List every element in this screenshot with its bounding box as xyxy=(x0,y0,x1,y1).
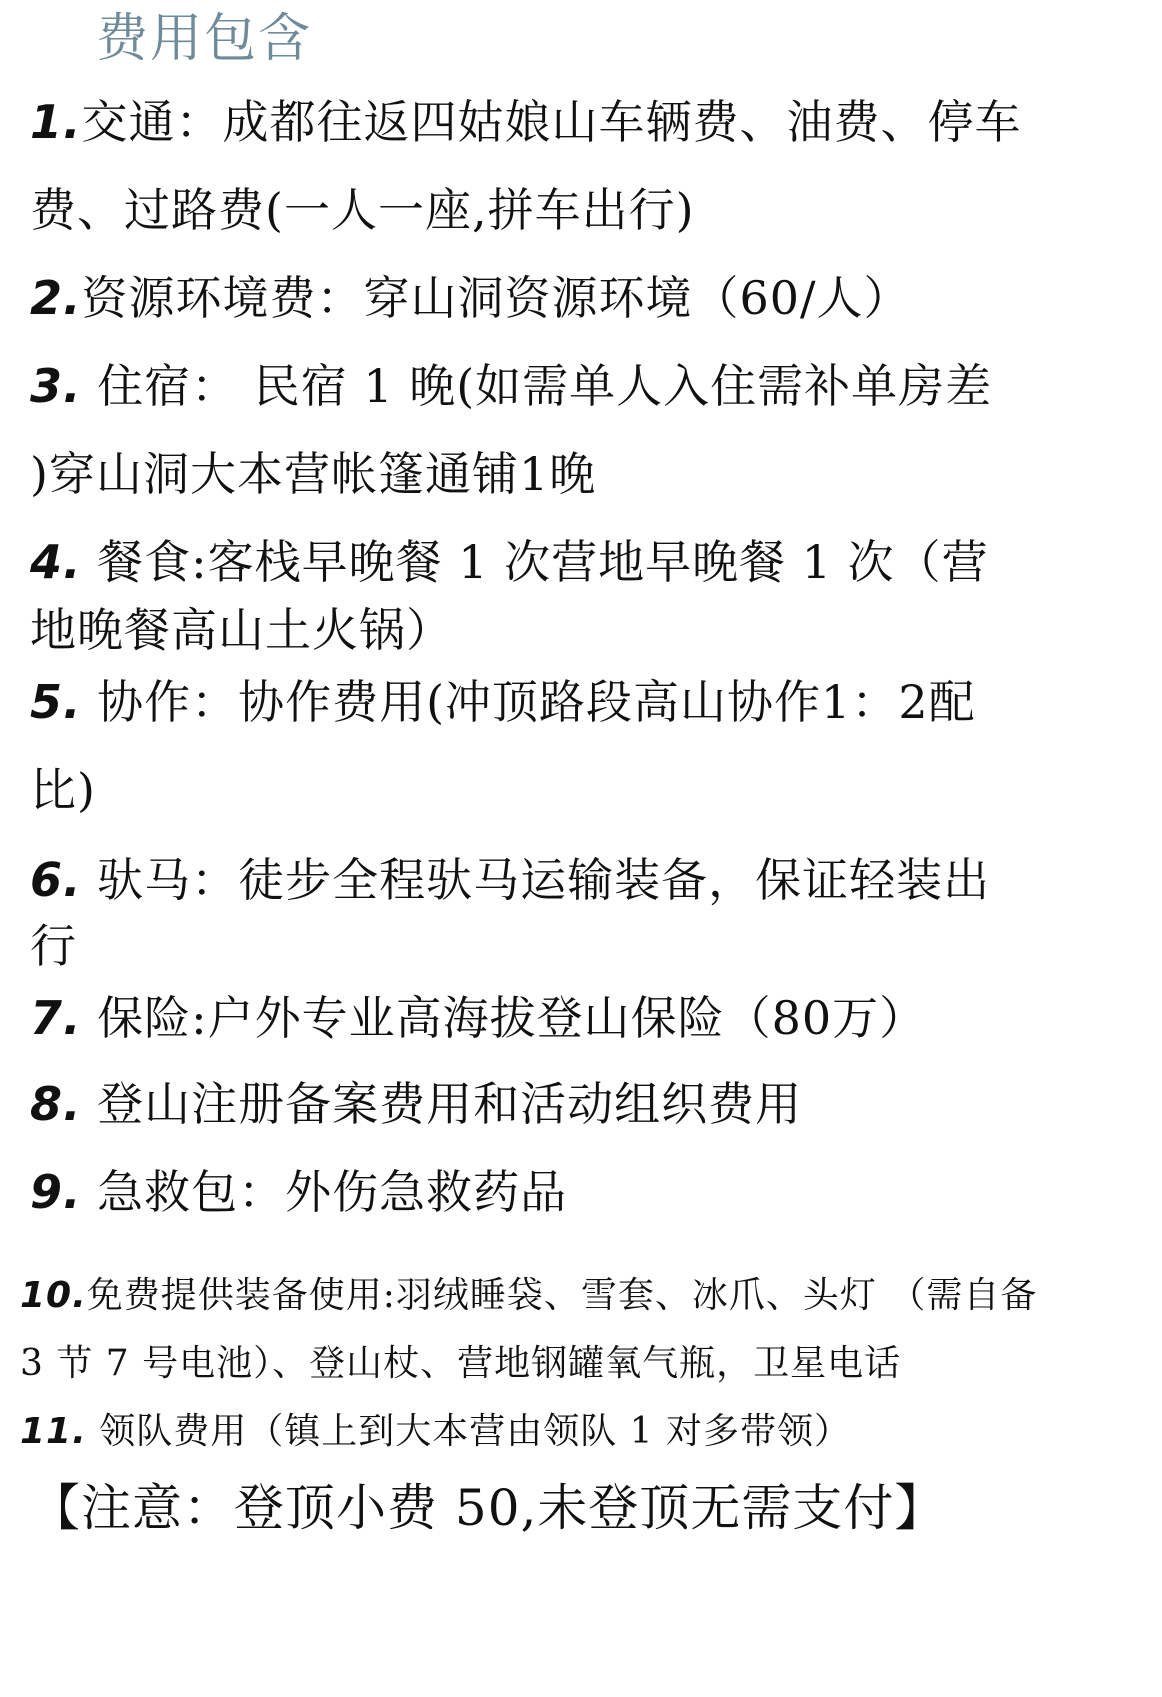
list-item-8-line-1: 8. 登山注册备案费用和活动组织费用 xyxy=(30,1074,802,1134)
list-item-5-line-1: 5. 协作：协作费用(冲顶路段高山协作1：2配 xyxy=(30,672,976,732)
list-item-1-line-2: 费、过路费(一人一座,拼车出行) xyxy=(30,180,695,240)
item-text: 协作：协作费用(冲顶路段高山协作1：2配 xyxy=(81,675,975,729)
item-text: 餐食:客栈早晚餐 1 次营地早晚餐 1 次（营 xyxy=(81,535,988,589)
item-text: 交通：成都往返四姑娘山车辆费、油费、停车 xyxy=(81,95,1021,149)
list-item-6-line-2: 行 xyxy=(30,916,77,976)
note-text: 【注意：登顶小费 50,未登顶无需支付】 xyxy=(30,1476,945,1540)
item-number: 8. xyxy=(30,1077,81,1131)
list-item-6-line-1: 6. 驮马：徒步全程驮马运输装备，保证轻装出 xyxy=(30,850,990,910)
item-number: 10. xyxy=(20,1275,87,1316)
item-text: 驮马：徒步全程驮马运输装备，保证轻装出 xyxy=(81,853,990,907)
item-text: 住宿： 民宿 1 晚(如需单人入住需补单房差 xyxy=(81,359,992,413)
item-number: 7. xyxy=(30,991,81,1045)
item-number: 9. xyxy=(30,1165,81,1219)
item-number: 1. xyxy=(30,95,81,149)
list-item-5-line-2: 比) xyxy=(30,760,96,820)
list-item-10-line-2: 3 节 7 号电池）、登山杖、营地钢罐氧气瓶，卫星电话 xyxy=(20,1340,901,1388)
item-number: 6. xyxy=(30,853,81,907)
item-text: 资源环境费：穿山洞资源环境（60/人） xyxy=(81,271,910,325)
item-number: 2. xyxy=(30,271,81,325)
list-item-9-line-1: 9. 急救包：外伤急救药品 xyxy=(30,1162,567,1222)
page-title: 费用包含 xyxy=(96,4,312,74)
item-text: 保险:户外专业高海拔登山保险（80万） xyxy=(81,991,926,1045)
list-item-1-line-1: 1.交通：成都往返四姑娘山车辆费、油费、停车 xyxy=(30,92,1021,152)
item-text: 免费提供装备使用:羽绒睡袋、雪套、冰爪、头灯 （需自备 xyxy=(87,1275,1038,1316)
list-item-4-line-2: 地晚餐高山土火锅） xyxy=(30,600,453,660)
item-text: 急救包：外伤急救药品 xyxy=(81,1165,567,1219)
item-number: 11. xyxy=(20,1411,87,1452)
list-item-7-line-1: 7. 保险:户外专业高海拔登山保险（80万） xyxy=(30,988,926,1048)
item-number: 5. xyxy=(30,675,81,729)
item-text: 领队费用（镇上到大本营由领队 1 对多带领） xyxy=(87,1411,851,1452)
list-item-2-line-1: 2.资源环境费：穿山洞资源环境（60/人） xyxy=(30,268,911,328)
list-item-3-line-2: )穿山洞大本营帐篷通铺1晚 xyxy=(30,444,596,504)
list-item-11-line-1: 11. 领队费用（镇上到大本营由领队 1 对多带领） xyxy=(20,1408,851,1456)
item-number: 3. xyxy=(30,359,81,413)
item-text: 登山注册备案费用和活动组织费用 xyxy=(81,1077,802,1131)
item-number: 4. xyxy=(30,535,81,589)
list-item-10-line-1: 10.免费提供装备使用:羽绒睡袋、雪套、冰爪、头灯 （需自备 xyxy=(20,1272,1037,1320)
list-item-4-line-1: 4. 餐食:客栈早晚餐 1 次营地早晚餐 1 次（营 xyxy=(30,532,989,592)
list-item-3-line-1: 3. 住宿： 民宿 1 晚(如需单人入住需补单房差 xyxy=(30,356,992,416)
